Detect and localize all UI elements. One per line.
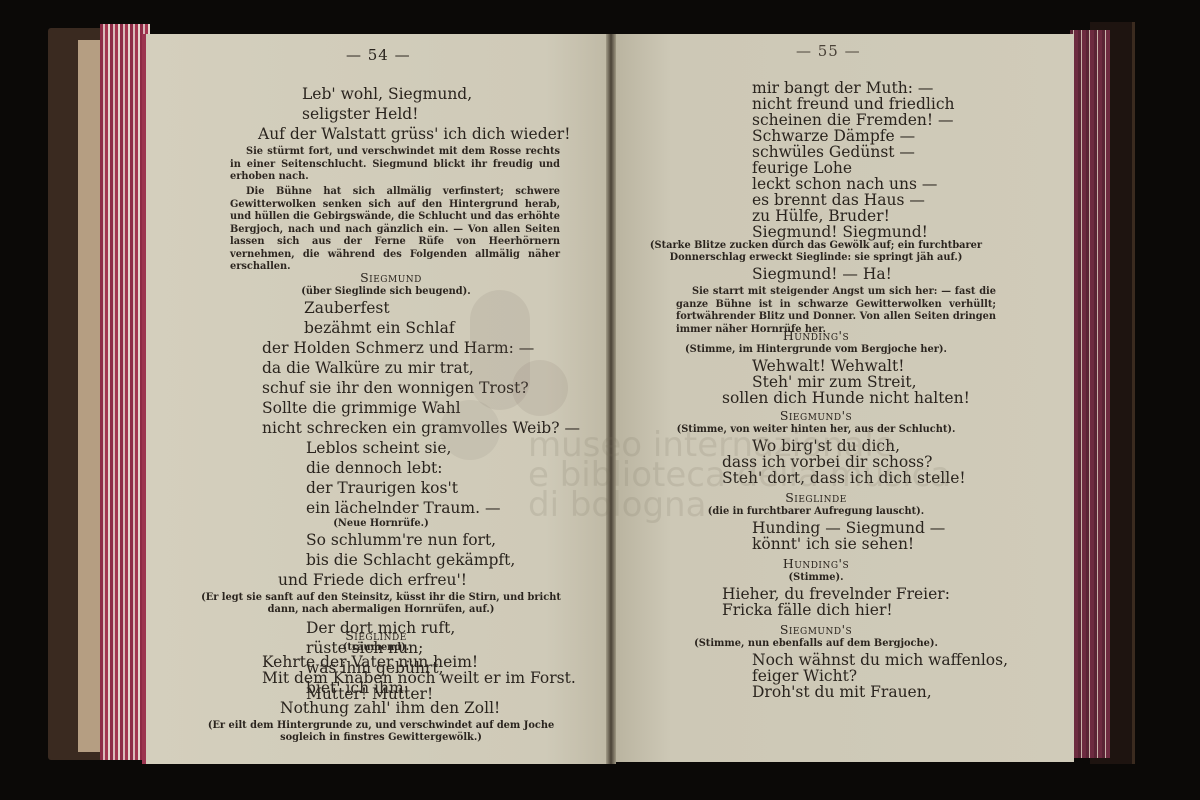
- speaker-direction: (Stimme, im Hintergrunde vom Bergjoche h…: [616, 344, 1016, 355]
- page-number-right: — 55 —: [796, 42, 861, 60]
- speaker-name: Hunding's: [616, 328, 1016, 343]
- verse-line: Auf der Walstatt grüss' ich dich wieder!: [258, 124, 570, 144]
- stage-direction: Die Bühne hat sich allmälig verfinstert;…: [230, 186, 560, 274]
- verse-line: bezähmt ein Schlaf: [304, 318, 455, 338]
- verse-line: die dennoch lebt:: [306, 458, 442, 478]
- watermark-logo: [512, 360, 568, 416]
- verse-line: Leblos scheint sie,: [306, 438, 451, 458]
- verse-line: seligster Held!: [302, 104, 418, 124]
- verse-line: So schlumm're nun fort,: [306, 530, 496, 550]
- verse-line: Zauberfest: [304, 298, 390, 318]
- stage-direction: Donnerschlag erweckt Sieglinde: sie spri…: [616, 252, 1016, 263]
- verse-line: Siegmund! Siegmund!: [752, 222, 928, 242]
- page-stack-right: [1070, 30, 1110, 758]
- speaker-name: Siegmund's: [616, 622, 1016, 637]
- verse-line: Mutter! Mutter!: [306, 684, 433, 704]
- speaker-name: Siegmund: [146, 270, 626, 285]
- verse-line: ein lächelnder Traum. —: [306, 498, 500, 518]
- stage-direction: Sie stürmt fort, und verschwindet mit de…: [230, 146, 560, 184]
- verse-line: Droh'st du mit Frauen,: [752, 682, 932, 702]
- left-page-lower: Sieglinde (träumend). Kehrte der Vater n…: [146, 600, 606, 764]
- speaker-direction: (über Sieglinde sich beugend).: [146, 286, 626, 297]
- verse-line: da die Walküre zu mir trat,: [262, 358, 474, 378]
- book-gutter: [606, 34, 616, 764]
- speaker-name: Siegmund's: [616, 408, 1016, 423]
- verse-line: und Friede dich erfreu'!: [278, 570, 467, 590]
- verse-line: Leb' wohl, Siegmund,: [302, 84, 472, 104]
- verse-line: der Traurigen kos't: [306, 478, 458, 498]
- verse-line: bis die Schlacht gekämpft,: [306, 550, 515, 570]
- speaker-name: Sieglinde: [146, 628, 606, 643]
- watermark-logo: [440, 400, 500, 460]
- verse-line: könnt' ich sie sehen!: [752, 534, 914, 554]
- page-number-left: — 54 —: [346, 46, 411, 64]
- verse-line: Fricka fälle dich hier!: [722, 600, 893, 620]
- stage-direction: (Starke Blitze zucken durch das Gewölk a…: [616, 240, 1016, 251]
- speaker-direction: (Stimme, nun ebenfalls auf dem Bergjoche…: [616, 638, 1016, 649]
- speaker-direction: (Stimme).: [616, 572, 1016, 583]
- verse-line: sollen dich Hunde nicht halten!: [722, 388, 970, 408]
- speaker-name: Hunding's: [616, 556, 1016, 571]
- right-page: — 55 — mir bangt der Muth: — nicht freun…: [616, 34, 1074, 762]
- verse-line: Siegmund! — Ha!: [752, 264, 892, 284]
- verse-line: Sollte die grimmige Wahl: [262, 398, 461, 418]
- watermark-text: museo internazionale e biblioteca della …: [528, 430, 951, 520]
